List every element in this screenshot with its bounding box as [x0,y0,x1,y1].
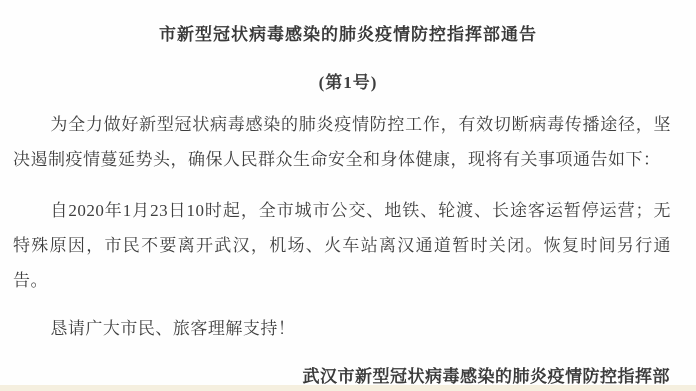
notice-paragraph-appeal: 恳请广大市民、旅客理解支持！ [13,311,671,346]
notice-document-page: 市新型冠状病毒感染的肺炎疫情防控指挥部通告 (第1号) 为全力做好新型冠状病毒感… [0,0,696,391]
notice-title: 市新型冠状病毒感染的肺炎疫情防控指挥部通告 [0,0,696,52]
notice-paragraph-intro: 为全力做好新型冠状病毒感染的肺炎疫情防控工作，有效切断病毒传播途径，坚决遏制疫情… [13,107,671,177]
notice-paragraph-measures: 自2020年1月23日10时起，全市城市公交、地铁、轮渡、长途客运暂停运营；无特… [13,193,671,298]
bottom-strip-divider [0,385,696,391]
issue-number: (第1号) [0,66,696,100]
